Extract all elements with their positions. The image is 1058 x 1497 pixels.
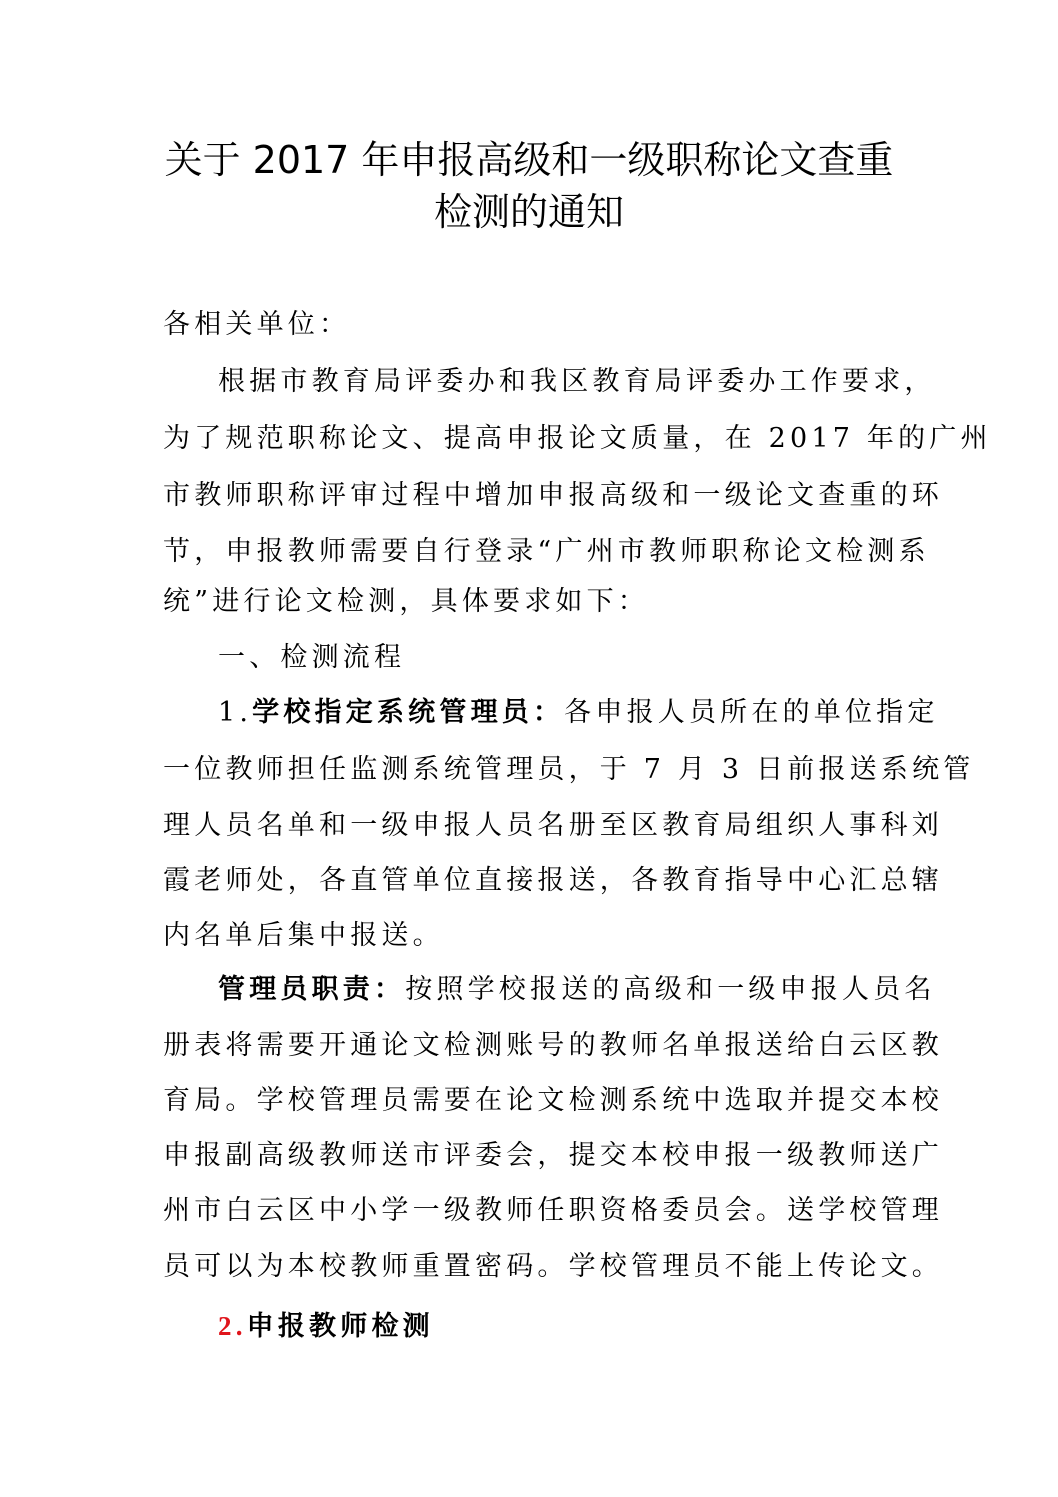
item-1-number: 1. bbox=[218, 697, 252, 728]
intro-line: 根据市教育局评委办和我区教育局评委办工作要求， bbox=[218, 362, 958, 402]
document-page: 关于 2017 年申报高级和一级职称论文查重 检测的通知 各相关单位： 根据市教… bbox=[0, 0, 1058, 1497]
admin-duty-first-line: 管理员职责：按照学校报送的高级和一级申报人员名 bbox=[218, 970, 958, 1010]
admin-duty-label: 管理员职责： bbox=[218, 974, 405, 1005]
intro-line: 市教师职称评审过程中增加申报高级和一级论文查重的环 bbox=[163, 476, 903, 516]
admin-duty-line: 册表将需要开通论文检测账号的教师名单报送给白云区教 bbox=[163, 1026, 903, 1066]
item-1-line: 理人员名单和一级申报人员名册至区教育局组织人事科刘 bbox=[163, 806, 903, 846]
item-1-text: 各申报人员所在的单位指定 bbox=[564, 697, 938, 728]
section-heading: 一、检测流程 bbox=[218, 638, 958, 678]
document-title-line-2: 检测的通知 bbox=[0, 182, 1058, 242]
admin-duty-line: 州市白云区中小学一级教师任职资格委员会。送学校管理 bbox=[163, 1191, 903, 1231]
admin-duty-line: 育局。学校管理员需要在论文检测系统中选取并提交本校 bbox=[163, 1081, 903, 1121]
item-1-first-line: 1.学校指定系统管理员：各申报人员所在的单位指定 bbox=[218, 693, 958, 733]
intro-line: 统”进行论文检测，具体要求如下： bbox=[163, 582, 903, 622]
intro-line: 为了规范职称论文、提高申报论文质量，在 2017 年的广州 bbox=[163, 419, 903, 459]
item-2-number: 2. bbox=[218, 1311, 247, 1341]
document-title-line-1: 关于 2017 年申报高级和一级职称论文查重 bbox=[0, 130, 1058, 190]
item-2-label: 申报教师检测 bbox=[247, 1311, 434, 1342]
item-1-line: 霞老师处，各直管单位直接报送，各教育指导中心汇总辖 bbox=[163, 861, 903, 901]
admin-duty-line: 员可以为本校教师重置密码。学校管理员不能上传论文。 bbox=[163, 1247, 903, 1287]
admin-duty-text: 按照学校报送的高级和一级申报人员名 bbox=[405, 974, 935, 1005]
item-1-line: 一位教师担任监测系统管理员，于 7 月 3 日前报送系统管 bbox=[163, 750, 903, 790]
item-1-label: 学校指定系统管理员： bbox=[252, 697, 564, 728]
admin-duty-line: 申报副高级教师送市评委会，提交本校申报一级教师送广 bbox=[163, 1136, 903, 1176]
salutation: 各相关单位： bbox=[163, 305, 903, 345]
item-1-line: 内名单后集中报送。 bbox=[163, 916, 903, 956]
intro-line: 节，申报教师需要自行登录“广州市教师职称论文检测系 bbox=[163, 532, 903, 572]
item-2-heading: 2.申报教师检测 bbox=[218, 1306, 958, 1347]
